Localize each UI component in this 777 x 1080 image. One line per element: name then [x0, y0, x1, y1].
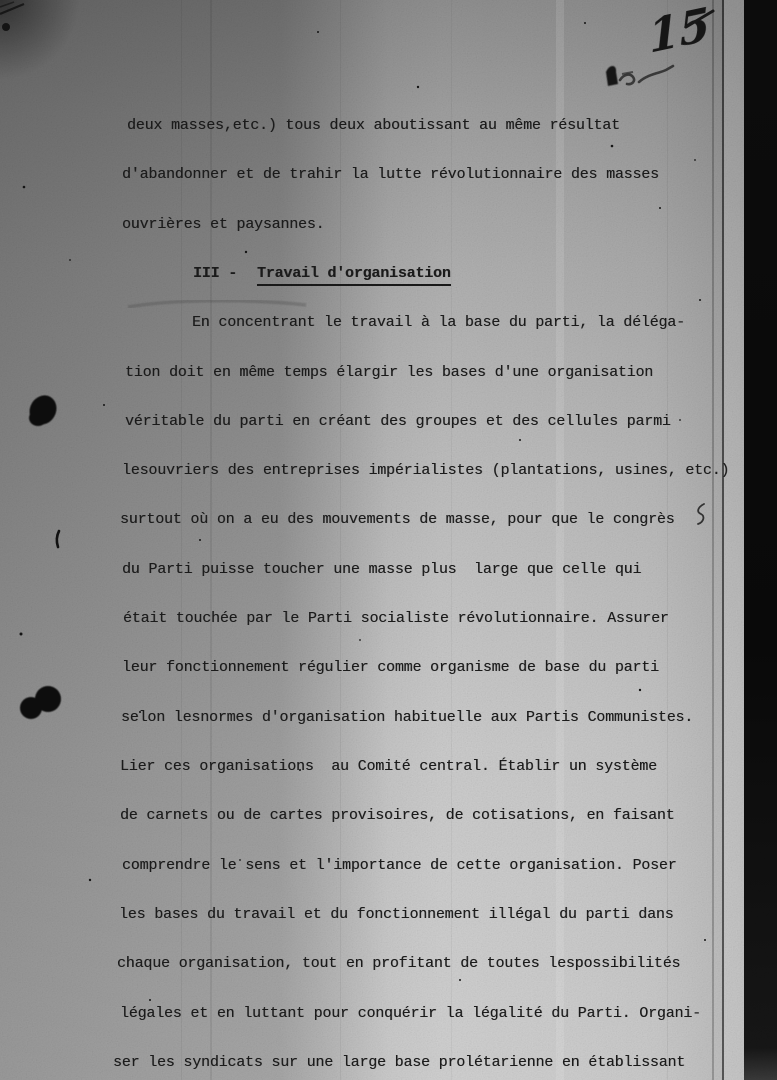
- typed-line: tion doit en même temps élargir les base…: [125, 364, 653, 381]
- typed-line: légales et en luttant pour conquérir la …: [120, 1005, 701, 1022]
- document-page: deux masses,etc.) tous deux aboutissant …: [0, 0, 777, 1080]
- typed-line: leur fonctionnement régulier comme organ…: [122, 659, 659, 676]
- section-number: III -: [193, 265, 237, 282]
- typed-line: Lier ces organisations au Comité central…: [120, 758, 657, 775]
- typed-line: comprendre le sens et l'importance de ce…: [122, 857, 677, 874]
- typed-line: ser les syndicats sur une large base pro…: [113, 1054, 685, 1071]
- typed-line: surtout où on a eu des mouvements de mas…: [120, 511, 675, 528]
- typed-line: deux masses,etc.) tous deux aboutissant …: [127, 117, 620, 134]
- typed-line: En concentrant le travail à la base du p…: [192, 314, 685, 331]
- typed-line: de carnets ou de cartes provisoires, de …: [120, 807, 675, 824]
- typed-line: les bases du travail et du fonctionnemen…: [119, 906, 674, 923]
- typed-line: véritable du parti en créant des groupes…: [125, 413, 671, 430]
- section-heading: III -Travail d'organisation: [193, 265, 451, 282]
- typed-line: ouvrières et paysannes.: [122, 216, 324, 233]
- typed-line: du Parti puisse toucher une masse plus l…: [122, 561, 641, 578]
- typed-line: était touchée par le Parti socialiste ré…: [123, 610, 669, 627]
- typed-line: selon lesnormes d'organisation habituell…: [121, 709, 693, 726]
- section-title: Travail d'organisation: [257, 265, 451, 286]
- typed-line: chaque organisation, tout en profitant d…: [117, 955, 680, 972]
- typed-line: lesouvriers des entreprises impérialiste…: [122, 462, 729, 479]
- typed-line: d'abandonner et de trahir la lutte révol…: [122, 166, 659, 183]
- typed-text-block: deux masses,etc.) tous deux aboutissant …: [0, 0, 777, 1080]
